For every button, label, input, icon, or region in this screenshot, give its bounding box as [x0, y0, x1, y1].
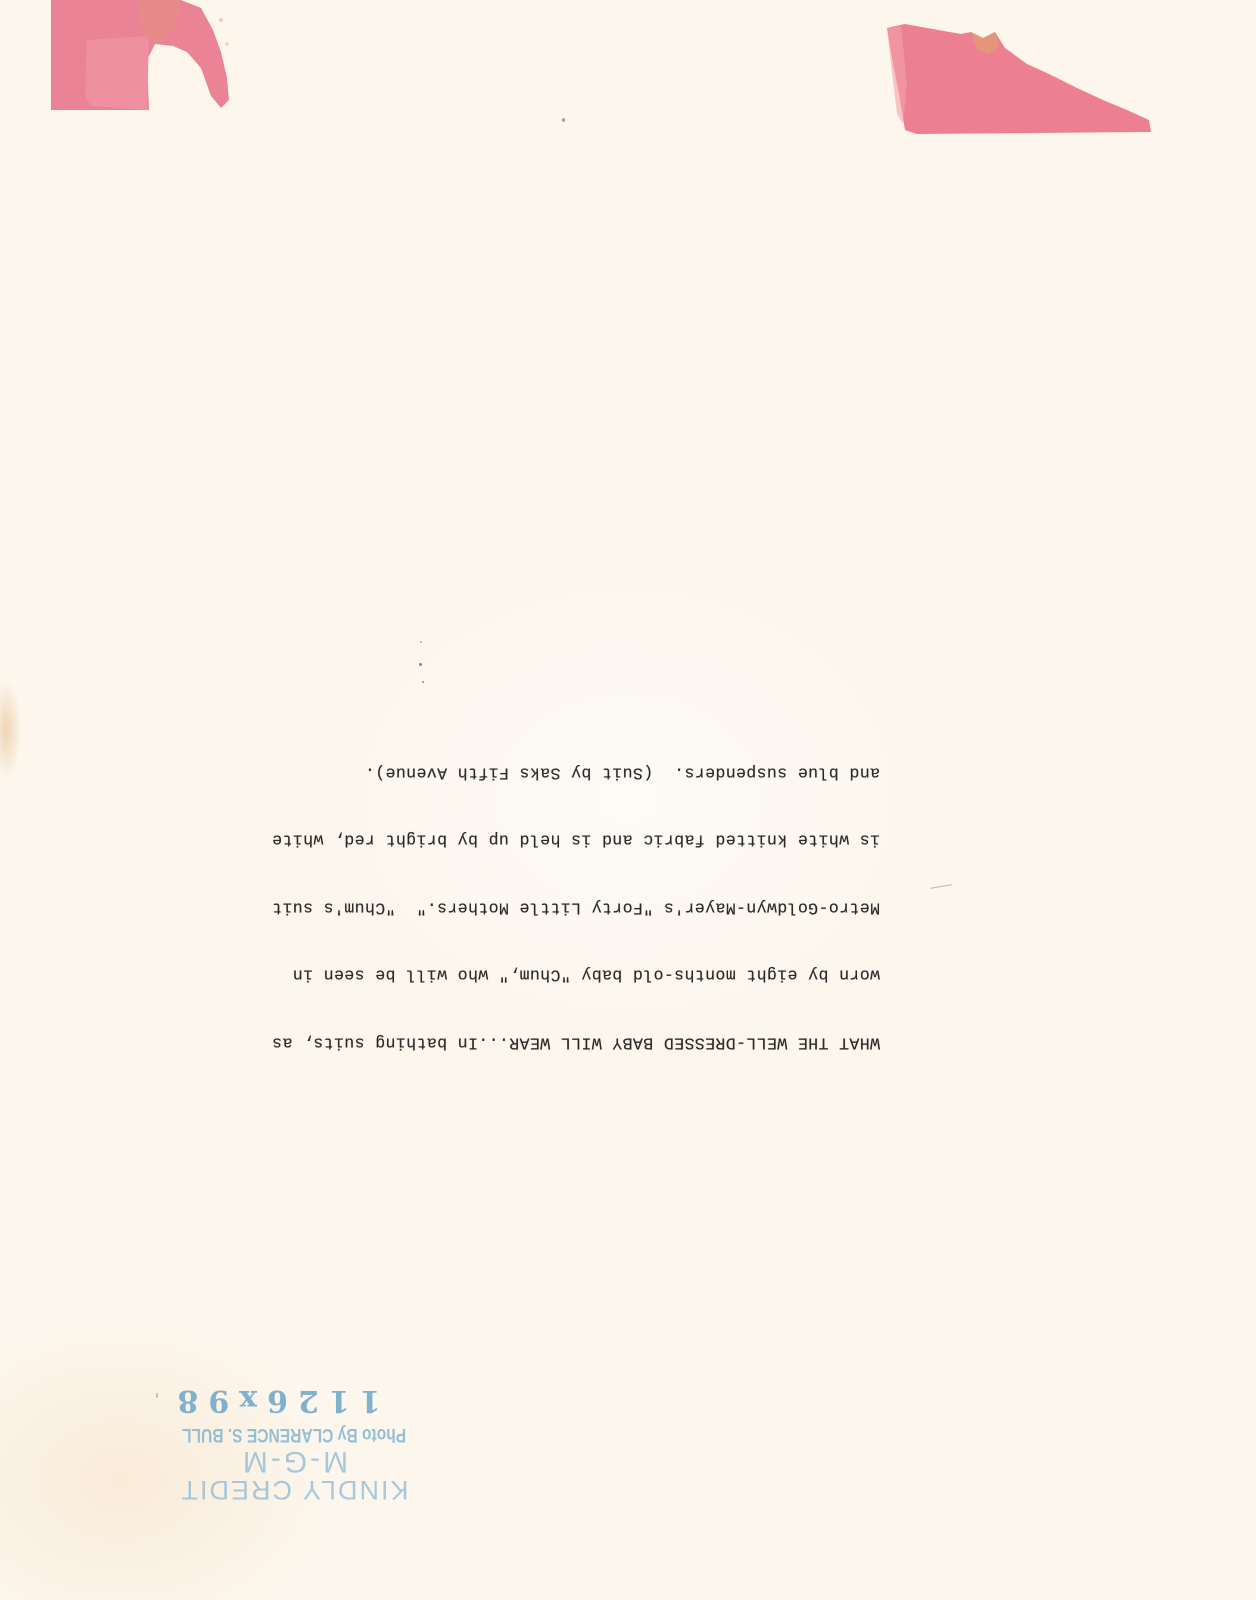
- ink-speck: [420, 641, 422, 643]
- paper-scratch: [930, 884, 952, 889]
- caption-line: is white knitted fabric and is held up b…: [160, 829, 880, 852]
- caption-line: Metro-Goldwyn-Mayer's "Forty Little Moth…: [160, 896, 880, 919]
- stamp-credit: KINDLY CREDIT: [134, 1476, 454, 1504]
- pink-tape-right: [887, 24, 1151, 136]
- stamp-number: 1126x98: [134, 1382, 454, 1418]
- caption-line: and blue suspenders. (Suit by Saks Fifth…: [160, 761, 880, 784]
- ink-speck: [422, 681, 424, 683]
- ink-speck: [419, 663, 422, 666]
- stamp-studio: M-G-M: [134, 1446, 454, 1476]
- pink-tape-left: [51, 0, 231, 110]
- ink-speck: [562, 118, 565, 122]
- typed-caption: WHAT THE WELL-DRESSED BABY WILL WEAR...I…: [160, 716, 880, 1099]
- credit-stamp: KINDLY CREDIT M-G-M Photo By CLARENCE S.…: [134, 1366, 454, 1506]
- caption-line: worn by eight months-old baby "Chum," wh…: [160, 964, 880, 987]
- stamp-photographer: Photo By CLARENCE S. BULL: [163, 1422, 425, 1446]
- caption-line: WHAT THE WELL-DRESSED BABY WILL WEAR...I…: [160, 1031, 880, 1054]
- photo-back-sheet: WHAT THE WELL-DRESSED BABY WILL WEAR...I…: [0, 0, 1256, 1600]
